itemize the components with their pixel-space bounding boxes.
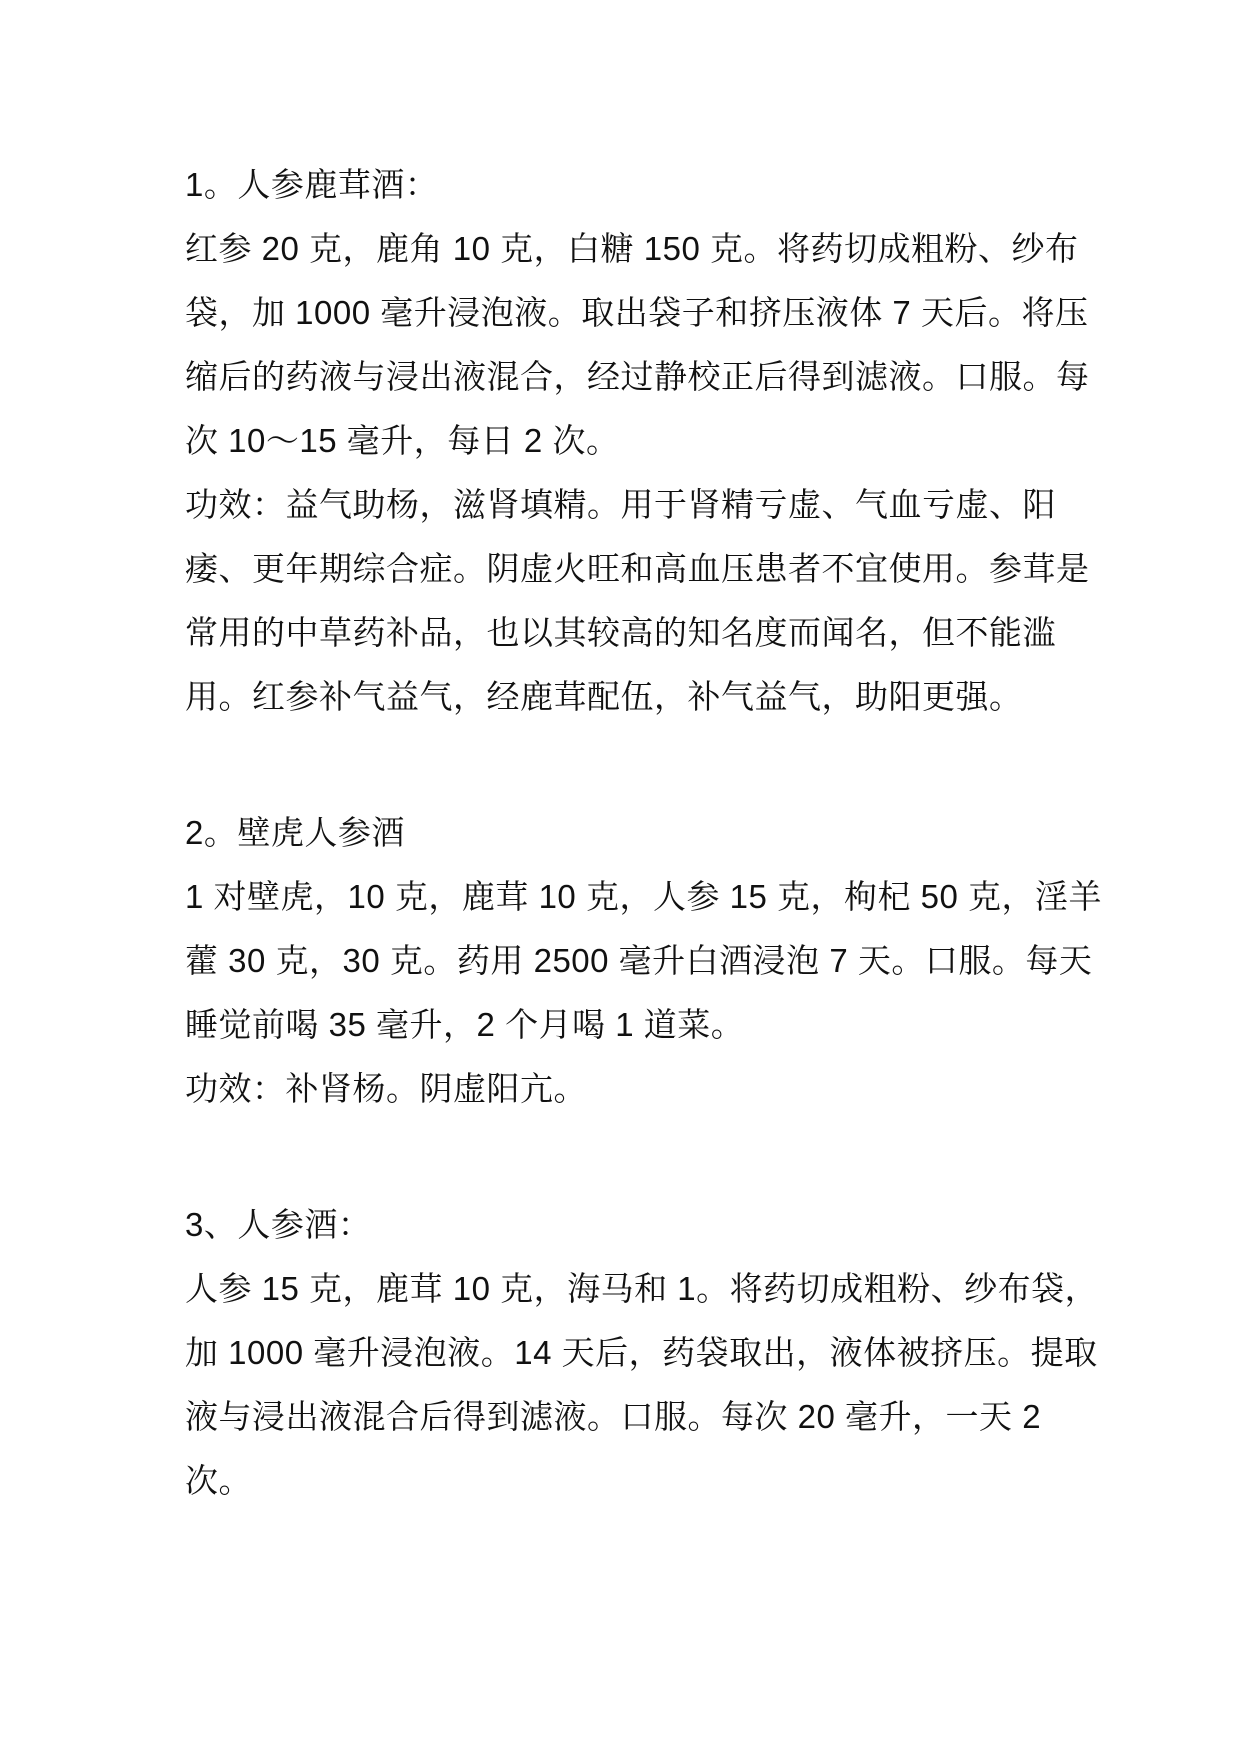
text-line: 缩后的药液与浸出液混合，经过静校正后得到滤液。口服。每 [185, 345, 1185, 409]
text-line: 睡觉前喝 35 毫升，2 个月喝 1 道菜。 [185, 993, 1185, 1057]
text-line: 功效：补肾杨。阴虚阳亢。 [185, 1057, 1185, 1121]
text-line: 1 对壁虎，10 克，鹿茸 10 克，人参 15 克，枸杞 50 克，淫羊 [185, 865, 1185, 929]
document-page: 1。人参鹿茸酒： 红参 20 克，鹿角 10 克，白糖 150 克。将药切成粗粉… [0, 0, 1240, 1753]
text-line: 藿 30 克，30 克。药用 2500 毫升白酒浸泡 7 天。口服。每天 [185, 929, 1185, 993]
recipe-section-1: 1。人参鹿茸酒： 红参 20 克，鹿角 10 克，白糖 150 克。将药切成粗粉… [185, 153, 1185, 729]
recipe-3-heading: 3、人参酒： [185, 1193, 1185, 1257]
text-line: 人参 15 克，鹿茸 10 克，海马和 1。将药切成粗粉、纱布袋， [185, 1257, 1185, 1321]
text-line: 用。红参补气益气，经鹿茸配伍，补气益气，助阳更强。 [185, 665, 1185, 729]
text-line: 加 1000 毫升浸泡液。14 天后，药袋取出，液体被挤压。提取 [185, 1321, 1185, 1385]
recipe-section-2: 2。壁虎人参酒 1 对壁虎，10 克，鹿茸 10 克，人参 15 克，枸杞 50… [185, 801, 1185, 1121]
recipe-section-3: 3、人参酒： 人参 15 克，鹿茸 10 克，海马和 1。将药切成粗粉、纱布袋，… [185, 1193, 1185, 1513]
recipe-1-heading: 1。人参鹿茸酒： [185, 153, 1185, 217]
text-line: 红参 20 克，鹿角 10 克，白糖 150 克。将药切成粗粉、纱布 [185, 217, 1185, 281]
text-line: 次 10～15 毫升，每日 2 次。 [185, 409, 1185, 473]
text-line: 痿、更年期综合症。阴虚火旺和高血压患者不宜使用。参茸是 [185, 537, 1185, 601]
text-line: 次。 [185, 1449, 1185, 1513]
text-line: 功效：益气助杨，滋肾填精。用于肾精亏虚、气血亏虚、阳 [185, 473, 1185, 537]
text-line: 液与浸出液混合后得到滤液。口服。每次 20 毫升，一天 2 [185, 1385, 1185, 1449]
text-line: 常用的中草药补品，也以其较高的知名度而闻名，但不能滥 [185, 601, 1185, 665]
recipe-2-heading: 2。壁虎人参酒 [185, 801, 1185, 865]
text-line: 袋，加 1000 毫升浸泡液。取出袋子和挤压液体 7 天后。将压 [185, 281, 1185, 345]
